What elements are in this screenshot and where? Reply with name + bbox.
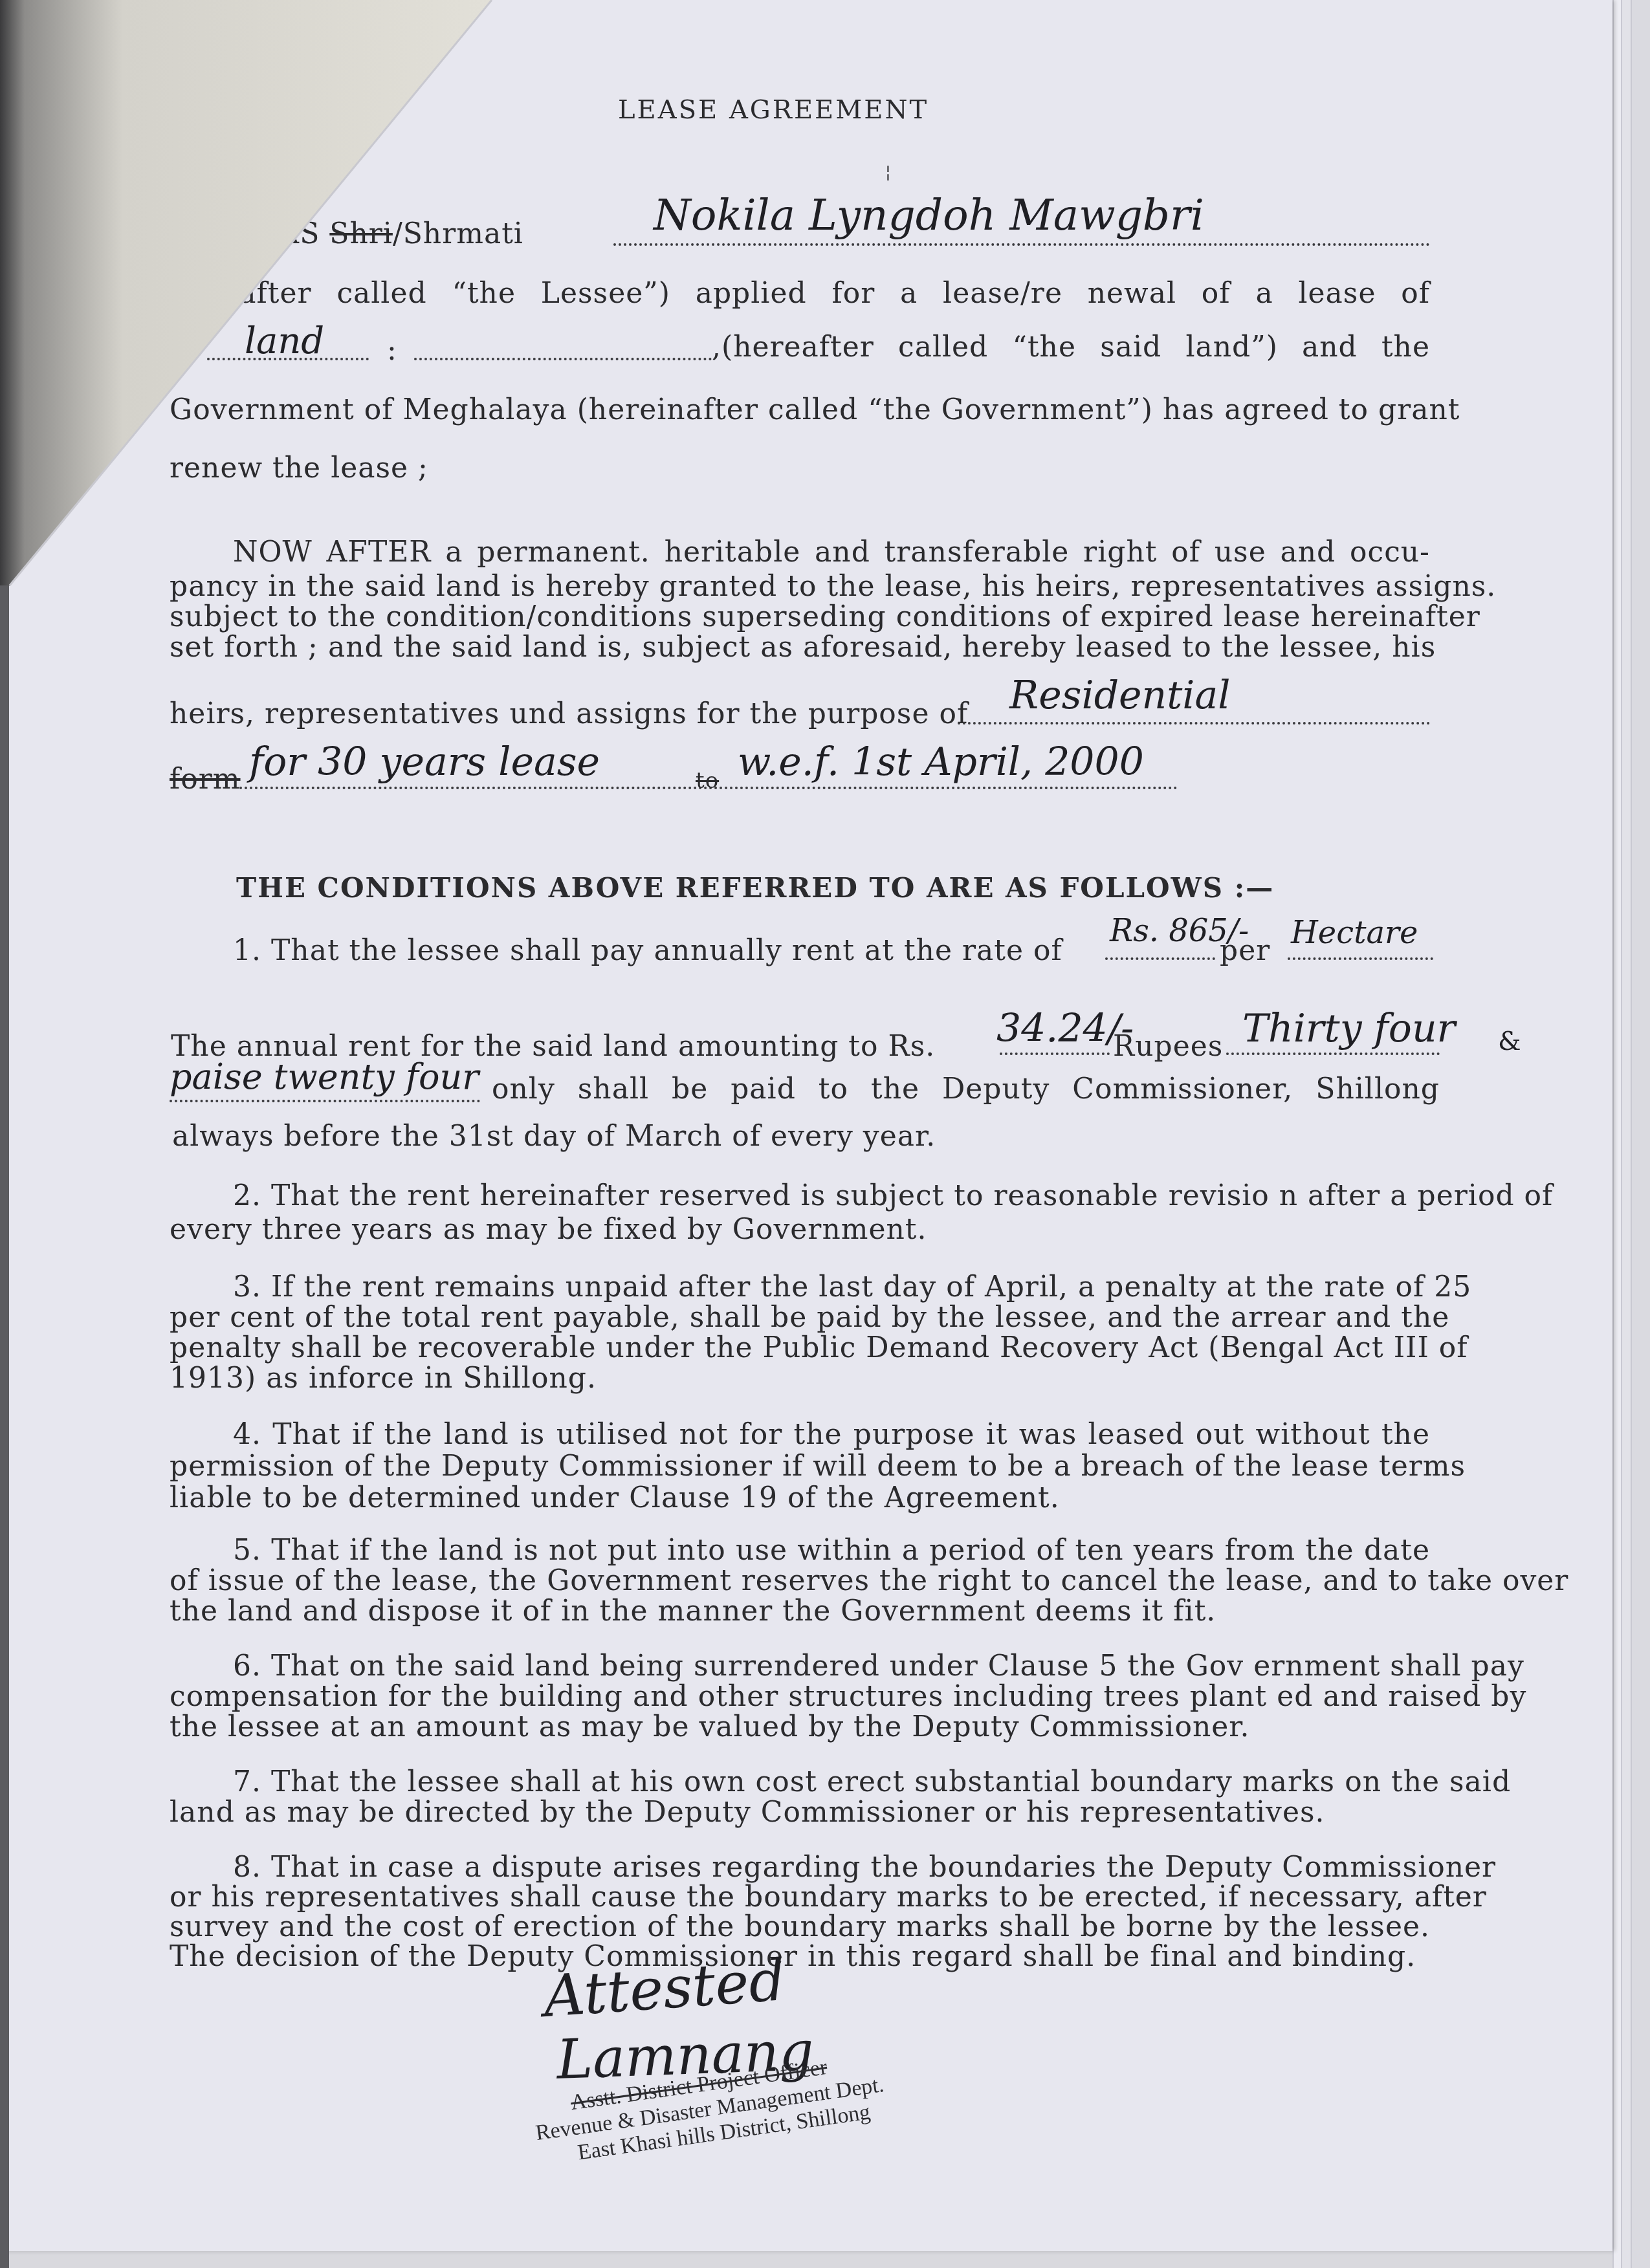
shri-struck: Shri [329,217,393,250]
lease-agreement-page: LEASE AGREEMENT ¦ EREAS Shri/Shrmati Nok… [0,0,1612,2251]
clause-8-line-2: or his representatives shall cause the b… [170,1883,1430,1912]
clause-3-line-1: 3. If the rent remains unpaid after the … [233,1273,1430,1302]
preamble-line-2: nafter called “the Lessee”) applied for … [220,279,1430,308]
clause-2-line-2: every three years as may be fixed by Gov… [170,1216,927,1244]
purpose-handwritten: Residential [1009,676,1230,715]
clause-3-line-4: 1913) as inforce in Shillong. [170,1364,597,1393]
clause-6-line-2: compensation for the building and other … [170,1683,1430,1711]
heirs-line: heirs, representatives und assigns for t… [170,700,968,728]
to-struck: to [696,770,719,792]
rate-field [1105,957,1215,960]
ampersand-handwritten: & [1498,1029,1521,1054]
clause-5-line-2: of issue of the lease, the Government re… [170,1567,1430,1595]
clause-5-line-1: 5. That if the land is not put into use … [233,1536,1430,1565]
clause-3-line-2: per cent of the total rent payable, shal… [170,1303,1430,1332]
deadline-line: always before the 31st day of March of e… [172,1122,936,1151]
wef-date-handwritten: w.e.f. 1st April, 2000 [738,743,1144,781]
preamble-line-5: renew the lease ; [170,454,428,483]
land-handwritten: land [245,323,324,360]
now-after-line-3: subject to the condition/conditions supe… [170,603,1430,631]
colon-mark: : [387,336,397,365]
margin-mark: ¦ [885,163,891,182]
preamble-line-3: ,(hereafter called “the said land”) and … [712,333,1430,362]
paise-handwritten: paise twenty four [170,1060,479,1095]
clause-2-line-1: 2. That the rent hereinafter reserved is… [233,1182,1430,1210]
now-after-line-2: pancy in the said land is hereby granted… [170,572,1430,601]
amount-words-field [1226,1052,1440,1055]
page-stack-edge [1631,0,1650,2268]
clause-8-line-3: survey and the cost of erection of the b… [170,1913,1430,1941]
now-after-line-1: NOW AFTER a permanent. heritable and tra… [233,538,1430,567]
clause-6-line-1: 6. That on the said land being surrender… [233,1652,1430,1681]
clause-4-line-2: permission of the Deputy Commissioner if… [170,1452,1430,1481]
form-struck: form [170,765,241,794]
amount-words-handwritten: Thirty four [1242,1009,1455,1048]
term-handwritten: for 30 years lease [249,743,600,781]
attested-handwritten: Attested [542,1952,787,2025]
unit-field [1288,957,1433,960]
clause-5-line-3: the land and dispose it of in the manner… [170,1597,1216,1626]
clause-4-line-1: 4. That if the land is utilised not for … [233,1421,1430,1449]
shrimati-label: /Shrmati [393,217,523,250]
lessee-name-handwritten: Nokila Lyngdoh Mawgbri [654,194,1204,237]
conditions-heading: THE CONDITIONS ABOVE REFERRED TO ARE AS … [236,875,1274,902]
clause-7-line-1: 7. That the lessee shall at his own cost… [233,1768,1430,1796]
clause-8-line-1: 8. That in case a dispute arises regardi… [233,1853,1430,1882]
paise-field [170,1100,480,1102]
rupees-label: Rupees [1113,1032,1223,1061]
whereas-line: EREAS Shri/Shrmati [214,220,523,248]
unit-handwritten: Hectare [1291,917,1418,948]
purpose-field [958,722,1430,725]
clause-6-line-3: the lessee at an amount as may be valued… [170,1713,1249,1741]
clause-4-line-3: liable to be determined under Clause 19 … [170,1484,1060,1512]
clause-3-line-3: penalty shall be recoverable under the P… [170,1334,1430,1362]
lessee-name-field [613,243,1430,246]
whereas-label: EREAS [214,217,320,250]
preamble-line-4: Government of Meghalaya (hereinafter cal… [170,396,1430,424]
clause-7-line-2: land as may be directed by the Deputy Co… [170,1798,1325,1827]
clause-1-line-1: 1. That the lessee shall pay annually re… [233,937,1062,965]
now-after-line-4: set forth ; and the said land is, subjec… [170,633,1430,662]
scanned-document: LEASE AGREEMENT ¦ EREAS Shri/Shrmati Nok… [0,0,1650,2268]
document-title: LEASE AGREEMENT [618,97,929,123]
land-description-field [414,358,712,360]
per-label: per [1220,937,1270,965]
paid-to-line: only shall be paid to the Deputy Commiss… [492,1075,1440,1104]
amount-field [1000,1052,1110,1055]
clause-8-line-4: The decision of the Deputy Commissioner … [170,1943,1416,1971]
